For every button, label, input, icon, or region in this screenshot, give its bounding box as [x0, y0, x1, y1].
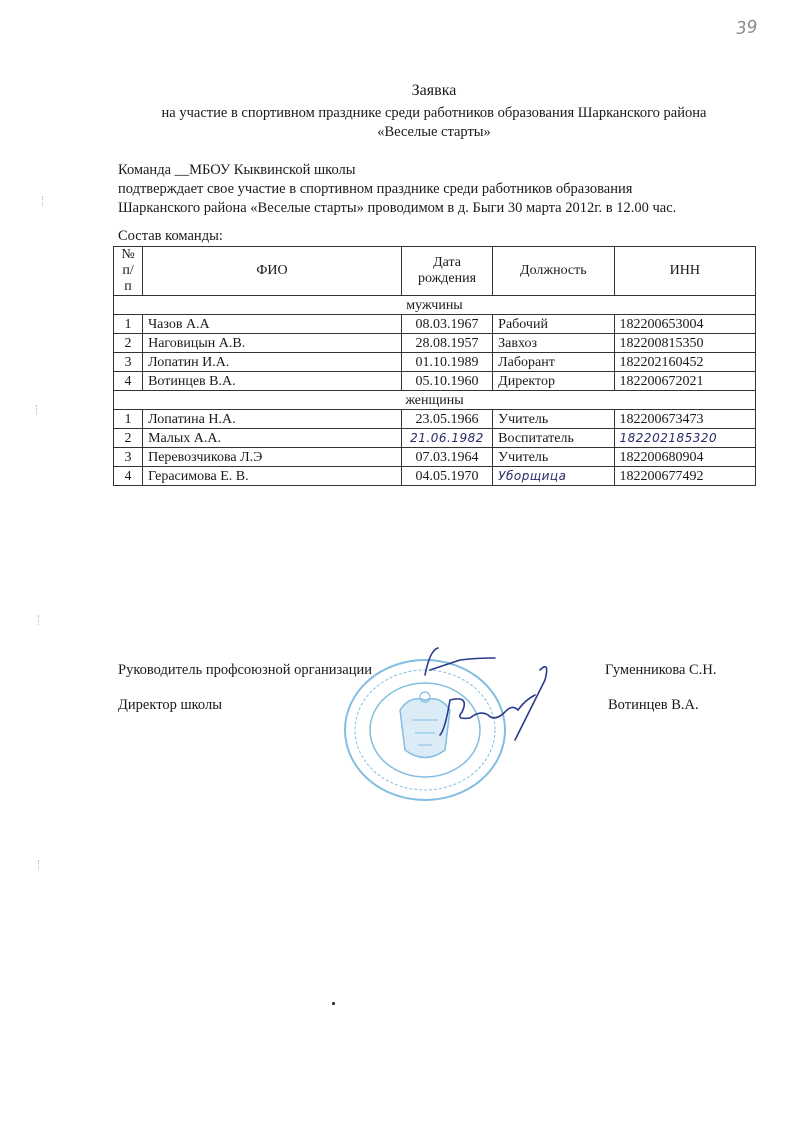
- signatory-role-union: Руководитель профсоюзной организации: [118, 662, 372, 679]
- row-date: 04.05.1970: [401, 467, 492, 486]
- col-header-inn: ИНН: [614, 247, 755, 296]
- row-fio: Герасимова Е. В.: [143, 467, 402, 486]
- row-date: 07.03.1964: [401, 448, 492, 467]
- row-num: 4: [114, 467, 143, 486]
- row-position: Директор: [493, 372, 614, 391]
- table-row: 4Вотинцев В.А.05.10.1960Директор18220067…: [114, 372, 756, 391]
- handwritten-signature-icon: [400, 640, 580, 750]
- row-num: 3: [114, 448, 143, 467]
- scan-mark: [42, 196, 49, 206]
- scan-speck: [332, 1002, 335, 1005]
- row-position: Завхоз: [493, 334, 614, 353]
- row-inn: 182200653004: [614, 315, 755, 334]
- row-inn: 182200672021: [614, 372, 755, 391]
- row-inn: 182200673473: [614, 410, 755, 429]
- row-date: 08.03.1967: [401, 315, 492, 334]
- signatory-role-director: Директор школы: [118, 697, 222, 714]
- row-num: 1: [114, 410, 143, 429]
- col-header-date: Дата рождения: [401, 247, 492, 296]
- roster-label: Состав команды:: [118, 228, 223, 245]
- scan-mark: [38, 860, 45, 870]
- row-date: 23.05.1966: [401, 410, 492, 429]
- signatory-name-union: Гуменникова С.Н.: [605, 662, 716, 679]
- row-inn: 182200677492: [614, 467, 755, 486]
- row-num: 3: [114, 353, 143, 372]
- subtitle-line-1: на участие в спортивном празднике среди …: [0, 104, 800, 123]
- row-num: 1: [114, 315, 143, 334]
- intro-paragraph: Команда __МБОУ Кыквинской школы подтверж…: [118, 161, 676, 218]
- roster-table: № п/п ФИО Дата рождения Должность ИНН му…: [113, 246, 756, 486]
- row-fio: Чазов А.А: [143, 315, 402, 334]
- row-fio: Перевозчикова Л.Э: [143, 448, 402, 467]
- table-row: 2Малых А.А.21.06.1982Воспитатель18220218…: [114, 429, 756, 448]
- row-num: 2: [114, 334, 143, 353]
- row-position: Учитель: [493, 448, 614, 467]
- scan-mark: [36, 405, 43, 415]
- row-fio: Наговицын А.В.: [143, 334, 402, 353]
- row-position: Лаборант: [493, 353, 614, 372]
- table-row: 1Лопатина Н.А.23.05.1966Учитель182200673…: [114, 410, 756, 429]
- team-line: Команда __МБОУ Кыквинской школы: [118, 161, 676, 180]
- table-row: 4Герасимова Е. В.04.05.1970Уборщица18220…: [114, 467, 756, 486]
- signatory-name-director: Вотинцев В.А.: [608, 697, 699, 714]
- row-inn: 182200680904: [614, 448, 755, 467]
- group-row: женщины: [114, 391, 756, 410]
- document-title: Заявка: [0, 82, 800, 100]
- document-subtitle: на участие в спортивном празднике среди …: [0, 104, 800, 142]
- row-inn: 182202160452: [614, 353, 755, 372]
- row-fio: Вотинцев В.А.: [143, 372, 402, 391]
- row-num: 4: [114, 372, 143, 391]
- table-row: 2Наговицын А.В.28.08.1957Завхоз182200815…: [114, 334, 756, 353]
- col-header-num: № п/п: [114, 247, 143, 296]
- scan-mark: [38, 615, 45, 625]
- row-num: 2: [114, 429, 143, 448]
- col-header-fio: ФИО: [143, 247, 402, 296]
- row-date: 01.10.1989: [401, 353, 492, 372]
- roster-body: мужчины1Чазов А.А08.03.1967Рабочий182200…: [114, 296, 756, 486]
- table-header-row: № п/п ФИО Дата рождения Должность ИНН: [114, 247, 756, 296]
- group-label: женщины: [114, 391, 756, 410]
- table-row: 1Чазов А.А08.03.1967Рабочий182200653004: [114, 315, 756, 334]
- intro-line-3: Шарканского района «Веселые старты» пров…: [118, 199, 676, 218]
- group-label: мужчины: [114, 296, 756, 315]
- row-inn: 182200815350: [614, 334, 755, 353]
- intro-line-2: подтверждает свое участие в спортивном п…: [118, 180, 676, 199]
- row-fio: Малых А.А.: [143, 429, 402, 448]
- table-row: 3Лопатин И.А.01.10.1989Лаборант182202160…: [114, 353, 756, 372]
- row-position: Уборщица: [493, 467, 614, 486]
- row-inn: 182202185320: [614, 429, 755, 448]
- table-row: 3Перевозчикова Л.Э07.03.1964Учитель18220…: [114, 448, 756, 467]
- row-date: 05.10.1960: [401, 372, 492, 391]
- group-row: мужчины: [114, 296, 756, 315]
- row-date: 28.08.1957: [401, 334, 492, 353]
- col-header-position: Должность: [493, 247, 614, 296]
- row-date: 21.06.1982: [401, 429, 492, 448]
- row-position: Рабочий: [493, 315, 614, 334]
- row-fio: Лопатин И.А.: [143, 353, 402, 372]
- subtitle-line-2: «Веселые старты»: [0, 123, 800, 142]
- row-position: Воспитатель: [493, 429, 614, 448]
- page-number: 39: [735, 17, 759, 39]
- row-fio: Лопатина Н.А.: [143, 410, 402, 429]
- row-position: Учитель: [493, 410, 614, 429]
